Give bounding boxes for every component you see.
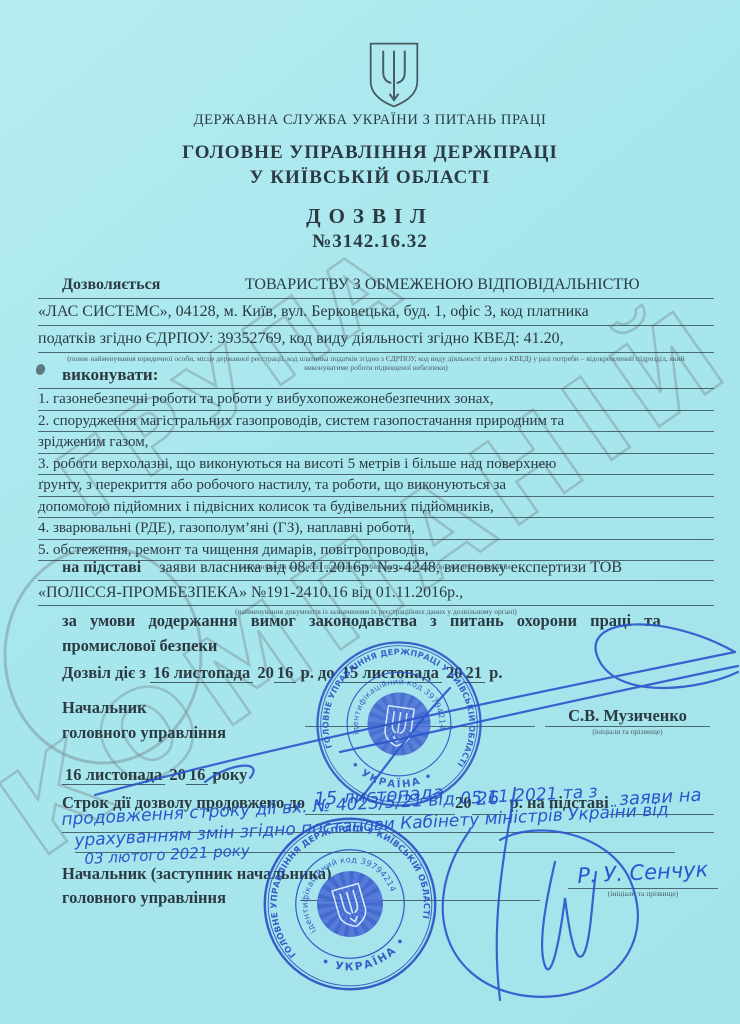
basis-line1: заяви власника від 08.11.2016р. №з-4248,… — [151, 556, 714, 580]
validity-century1: 20 — [257, 663, 274, 682]
doc-number: №3142.16.32 — [0, 231, 740, 253]
doc-type-title: ДОЗВІЛ — [0, 204, 740, 229]
signatory2-name-block: Р. У. Сенчук (ініціали та прізвище) — [568, 864, 718, 898]
validity-prefix: Дозвіл діє з — [62, 663, 146, 682]
work-line: 4. зварювальні (РДЕ), газополум’яні (ГЗ)… — [38, 518, 714, 540]
validity-date-from: 16 листопада — [150, 663, 253, 683]
validity-year-from: 16 — [274, 663, 297, 683]
work-line: зрідженим газом, — [38, 432, 714, 454]
permit-document-page: ГОЛОВНЕ УПРАВЛІННЯ ДЕРЖПРАЦІ У КИЇВСЬКІЙ… — [0, 0, 740, 1024]
signatory1-title1: Начальник — [62, 695, 147, 720]
issue-date-year: 16 — [186, 765, 209, 785]
grantee-block: Дозволяється ТОВАРИСТВУ З ОБМЕЖЕНОЮ ВІДП… — [38, 272, 714, 372]
works-block: виконувати: 1. газонебезпечні роботи та … — [38, 362, 714, 571]
grantee-line2: «ЛАС СИСТЕМС», 04128, м. Київ, вул. Берк… — [38, 299, 714, 326]
condition-line1: за умови додержання вимог законодавства … — [62, 608, 714, 633]
signatory1-title2: головного управління — [62, 720, 226, 745]
signatory2-title2: головного управління — [62, 886, 226, 910]
department-name-line1: ГОЛОВНЕ УПРАВЛІННЯ ДЕРЖПРАЦІ — [0, 142, 740, 164]
signatory2-caption: (ініціали та прізвище) — [568, 889, 718, 898]
work-line: допомогою підйомних і підвісних колисок … — [38, 497, 714, 519]
trident-emblem-icon — [366, 40, 422, 110]
signatory1-caption: (ініціали та прізвище) — [545, 727, 710, 736]
grantee-line1: ТОВАРИСТВУ З ОБМЕЖЕНОЮ ВІДПОВІДАЛЬНІСТЮ — [170, 272, 714, 298]
issue-date-suffix: року — [212, 765, 247, 784]
works-label: виконувати: — [38, 362, 714, 389]
grantee-label: Дозволяється — [38, 272, 160, 298]
department-name-line2: У КИЇВСЬКІЙ ОБЛАСТІ — [0, 167, 740, 189]
signatory1-name: С.В. Музиченко — [545, 706, 710, 727]
agency-name: ДЕРЖАВНА СЛУЖБА УКРАЇНИ З ПИТАНЬ ПРАЦІ — [0, 112, 740, 129]
basis-block: на підставі заяви власника від 08.11.201… — [38, 556, 714, 616]
basis-line2: «ПОЛІССЯ-ПРОМБЕЗПЕКА» №191-2410.16 від 0… — [38, 581, 714, 606]
issue-date-century: 20 — [169, 765, 186, 784]
work-line: 2. спорудження магістральних газопроводі… — [38, 411, 714, 433]
signatory1-name-block: С.В. Музиченко (ініціали та прізвище) — [545, 706, 710, 736]
work-line: ґрунту, з перекриття або робочого настил… — [38, 475, 714, 497]
issue-date-line: 16 листопада 2016 року — [62, 762, 247, 788]
issue-date-day: 16 листопада — [62, 765, 165, 785]
basis-label: на підставі — [38, 556, 141, 580]
work-line: 1. газонебезпечні роботи та роботи у виб… — [38, 389, 714, 411]
work-line: 3. роботи верхолазні, що виконуються на … — [38, 454, 714, 476]
grantee-line3: податків згідно ЄДРПОУ: 39352769, код ви… — [38, 326, 714, 353]
